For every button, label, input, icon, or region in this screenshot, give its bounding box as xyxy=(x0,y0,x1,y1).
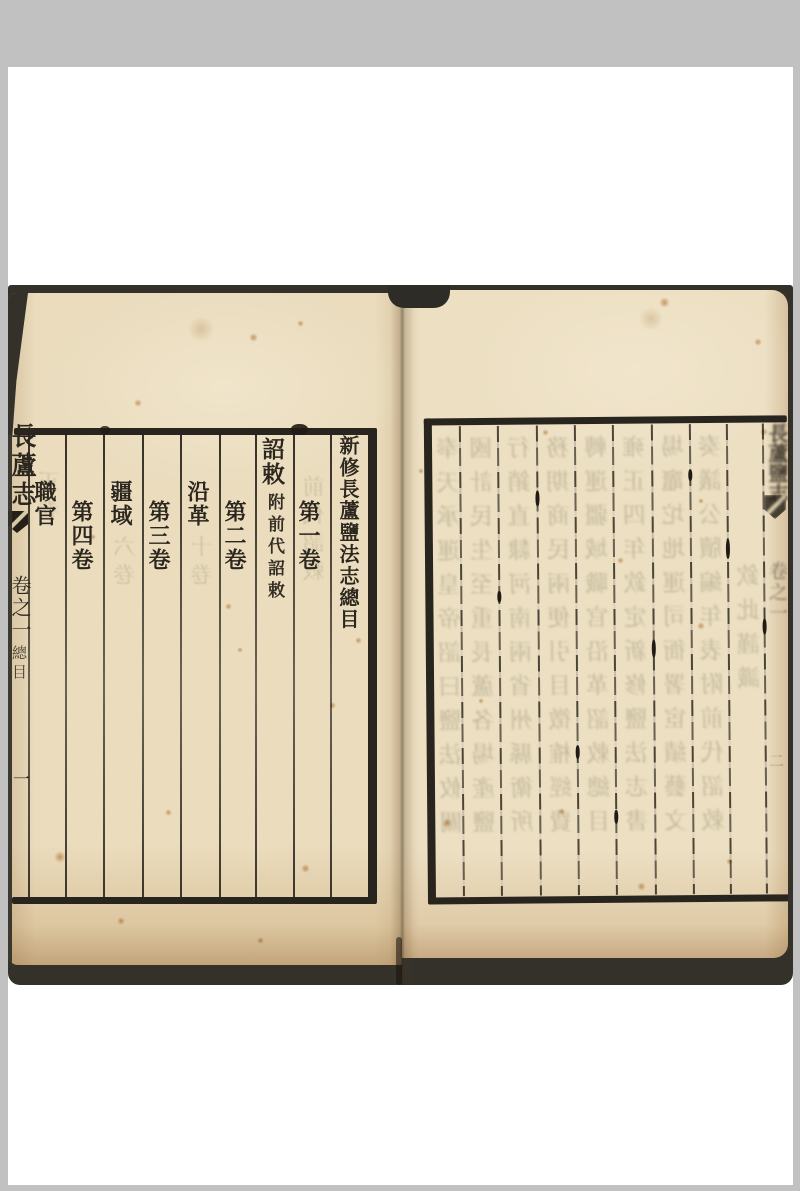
gutter-notch-top xyxy=(388,285,450,308)
frame-border-top xyxy=(424,415,787,425)
column-rule xyxy=(612,425,618,895)
column-rule xyxy=(330,434,332,897)
ink-blob xyxy=(652,639,656,657)
column-rule xyxy=(180,434,182,897)
ink-blob xyxy=(576,745,580,759)
foxing-stain xyxy=(355,637,362,644)
gray-mat-bottom xyxy=(0,1185,800,1191)
foxing-stain xyxy=(617,557,624,564)
foxing-stain xyxy=(558,808,565,815)
foxing-stain xyxy=(542,429,549,436)
foxing-stain xyxy=(698,498,704,504)
foxing-stain xyxy=(134,399,142,407)
bleedthrough-column: 雍正四年欽定新修鹽法志書 xyxy=(619,435,648,890)
foxing-stain xyxy=(638,308,664,330)
foxing-stain xyxy=(478,698,484,704)
foxing-stain xyxy=(760,428,768,436)
column-rule xyxy=(497,426,503,896)
section-label: 詔敕 xyxy=(261,437,285,487)
bleedthrough-column: 行銷直隸河南兩省州縣衛所 xyxy=(504,436,533,891)
foxing-stain xyxy=(301,864,310,873)
foxing-stain xyxy=(297,320,304,327)
gray-mat-right xyxy=(793,67,800,1191)
column-rule xyxy=(293,434,295,897)
ink-blob xyxy=(497,591,501,603)
bleedthrough-column: 務期商民兩便引目徵榷經費 xyxy=(543,435,572,890)
foxing-stain xyxy=(249,333,258,342)
chapter-label: 卷之一 xyxy=(8,575,35,641)
chapter-label: 卷之一 xyxy=(764,561,788,624)
foxing-stain xyxy=(659,297,670,308)
toc-title-column: 新修長蘆鹽法志總目 xyxy=(337,434,363,895)
toc-section-3: 疆域 xyxy=(111,434,136,940)
bleedthrough-column: 轉運疆域職官沿革詔敕總目 xyxy=(581,435,610,890)
column-rule xyxy=(255,434,257,897)
ink-blob xyxy=(688,469,692,481)
bleedthrough-column: 場竈坨地運司衙署宦績藝文 xyxy=(658,434,687,889)
fishtail-mark-icon xyxy=(764,495,786,519)
column-rule xyxy=(65,434,67,897)
frame-border-bottom xyxy=(428,894,788,904)
column-rule xyxy=(219,434,221,897)
foxing-stain xyxy=(187,317,215,341)
foxing-stain xyxy=(90,534,96,540)
column-rule xyxy=(689,424,695,894)
column-rule xyxy=(103,434,105,897)
foxing-stain xyxy=(54,851,66,863)
foxing-stain xyxy=(754,338,762,346)
toc-volume-1: 第一卷 xyxy=(299,434,324,960)
foxing-stain xyxy=(225,603,232,610)
banxin-right: 長蘆鹽志 卷之一 二 xyxy=(761,423,788,943)
bleedthrough-column: 欽此謹識 xyxy=(733,564,761,884)
foxing-stain xyxy=(637,882,646,891)
gutter-seam-bottom xyxy=(396,937,402,985)
toc-section-2: 沿革 xyxy=(188,434,213,940)
page-number: 二 xyxy=(766,753,787,768)
column-rule xyxy=(142,434,144,897)
column-rule xyxy=(726,424,732,894)
spine-title: 長蘆鹽志 xyxy=(763,423,788,503)
toc-volume-3: 第三卷 xyxy=(149,434,174,960)
foxing-stain xyxy=(257,937,264,944)
foxing-stain xyxy=(418,468,424,474)
frame-border-right xyxy=(368,428,377,904)
foxing-stain xyxy=(726,858,733,865)
column-rule xyxy=(574,425,580,895)
spine-title: 長蘆志 xyxy=(8,423,40,510)
foxing-stain xyxy=(237,647,243,653)
foxing-stain xyxy=(117,917,125,925)
gray-mat-left xyxy=(0,67,8,1191)
ink-blob xyxy=(535,490,539,506)
gray-mat-top xyxy=(0,0,800,67)
toc-section-1: 詔敕附前代詔敕 xyxy=(261,434,288,897)
foxing-stain xyxy=(442,818,452,828)
scanned-book-page-viewer: 前代詔敕 十卷 六卷 正卷 新修長蘆鹽法志總目 第一卷 xyxy=(0,0,800,1191)
ink-blob xyxy=(100,426,110,434)
scan-edge-wedge xyxy=(8,293,28,435)
ink-blob xyxy=(726,539,730,559)
section-label-small: 總目 xyxy=(9,645,30,683)
column-rule xyxy=(651,424,657,894)
foxing-stain xyxy=(697,622,705,630)
toc-volume-2: 第二卷 xyxy=(225,434,250,960)
bleedthrough-column: 國計民生至重長蘆各場產鹽 xyxy=(466,436,495,891)
right-page: 奉天承運皇帝詔曰鹽法攸關 國計民生至重長蘆各場產鹽 行銷直隸河南兩省州縣衛所 務… xyxy=(400,290,788,958)
foxing-stain xyxy=(165,809,172,816)
ink-blob xyxy=(614,810,618,824)
foxing-stain xyxy=(329,702,336,709)
toc-volume-4: 第四卷 xyxy=(72,434,97,960)
left-page: 前代詔敕 十卷 六卷 正卷 新修長蘆鹽法志總目 第一卷 xyxy=(8,293,402,965)
section-note: 附前代詔敕 xyxy=(264,493,284,603)
book-scan: 前代詔敕 十卷 六卷 正卷 新修長蘆鹽法志總目 第一卷 xyxy=(8,285,793,985)
